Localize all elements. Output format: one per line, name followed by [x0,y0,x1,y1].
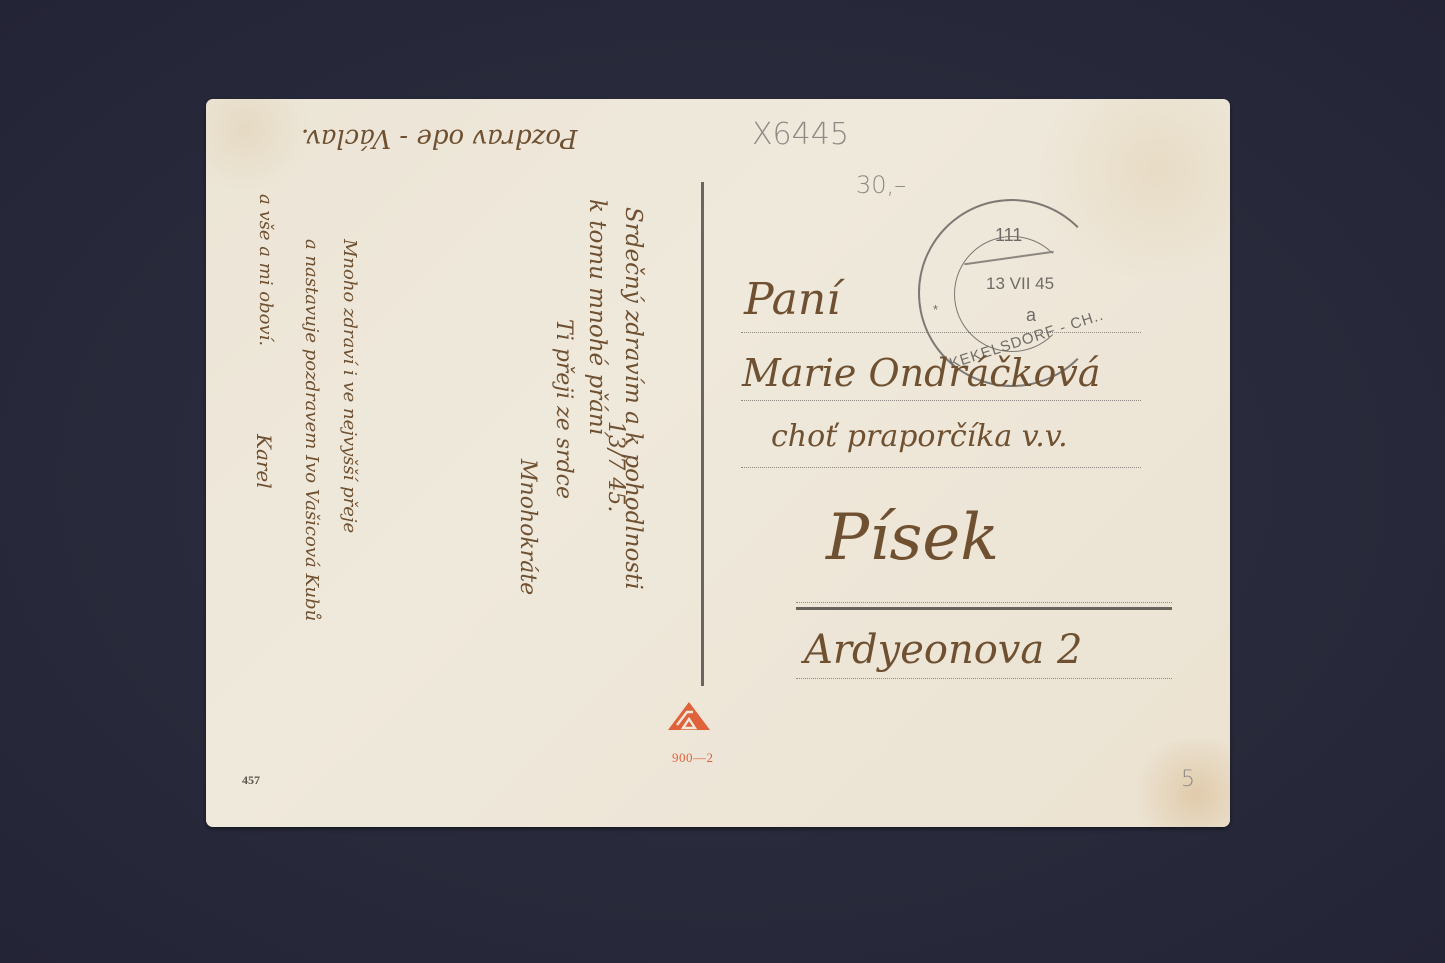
message-line-6: a nastavuje pozdravem Ivo Vašicová Kubů [301,239,322,621]
address-line-2 [741,400,1141,401]
postmark-star: * [933,302,938,317]
address-line-5 [796,678,1172,679]
address-city: Písek [826,501,999,575]
stain [1126,739,1230,827]
inventory-number: X6445 [752,117,849,152]
message-line-5: Mnoho zdraví i ve nejvyšší přeje [339,239,360,533]
address-street: Ardyeonova 2 [804,627,1082,673]
message-line-7: a vše a mi oboví. [255,194,276,346]
card-number: 457 [242,773,260,788]
publisher-code: 900—2 [672,750,714,766]
postcard: X6445 30,– 5 111 13 VII 45 a * KEKELSDOR… [206,99,1230,827]
price-note: 30,– [856,171,906,199]
publisher-logo-icon [667,701,711,731]
postmark-number: 111 [995,225,1022,246]
message-line-4: Mnohokráte [515,459,540,595]
message-line-1: Srdečný zdravím a k pohodlnosti [620,207,646,590]
postmark-date: 13 VII 45 [986,274,1054,294]
message-line-3: Ti přeji ze srdce [551,319,576,499]
message-signature: Karel [252,434,276,489]
message-signoff-upside-down: Pozdrav ode - Václav. [301,123,577,153]
address-name: Marie Ondráčková [742,351,1101,395]
address-title: choť praporčíka v.v. [771,419,1068,454]
stain [206,99,316,189]
postmark-letter: a [1026,305,1036,326]
address-solid-line [796,607,1172,610]
center-divider [701,182,704,686]
address-line-4 [796,602,1172,603]
corner-mark: 5 [1181,767,1195,792]
message-date: 13/7 45. [603,421,628,512]
message-line-2: k tomu mnohé přání [584,199,610,435]
address-line-3 [741,467,1141,468]
address-salutation: Paní [744,274,840,325]
